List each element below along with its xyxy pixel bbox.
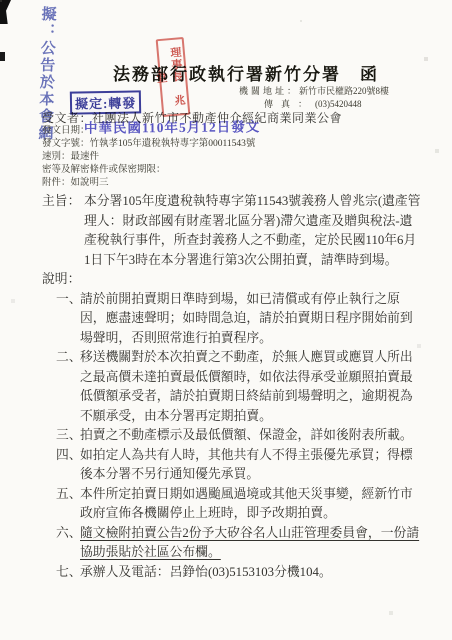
item-text: 隨文檢附拍賣公告2份予大矽谷名人山莊管理委員會，一份請協助張貼於社區公布欄。 bbox=[80, 524, 422, 563]
explanation-label: 說明： bbox=[42, 270, 422, 290]
agency-fax-label: 傳真： bbox=[264, 99, 315, 109]
dispatch-date-label: 發文日期： bbox=[42, 126, 90, 136]
explanation-item-6: 六、 隨文檢附拍賣公告2份予大矽谷名人山莊管理委員會，一份請協助張貼於社區公布欄… bbox=[56, 524, 422, 563]
speed-label: 速別： bbox=[42, 152, 71, 162]
dispatch-date-stamp: 中華民國110年5月12日發文 bbox=[84, 115, 260, 137]
explanation-item-7: 七、 承辦人及電話：呂錚怡(03)5153103分機104。 bbox=[56, 563, 422, 583]
subject-label: 主旨： bbox=[42, 192, 84, 270]
secrecy-label: 密等及解密條件或保密期限： bbox=[42, 165, 166, 175]
scan-artifact-corner bbox=[0, 0, 11, 24]
subject-paragraph: 主旨： 本分署105年度遺稅執特專字第11543號義務人曾兆宗(遺產管理人：財政… bbox=[42, 192, 422, 270]
attachment-label: 附件： bbox=[42, 178, 71, 188]
secrecy-line: 密等及解密條件或保密期限： bbox=[42, 164, 255, 177]
item-number: 三、 bbox=[56, 426, 80, 446]
item-number: 一、 bbox=[56, 290, 80, 349]
explanation-item-5: 五、 本件所定拍賣日期如遇颱風過境或其他天災事變，經新竹市政府宣佈各機關停止上班… bbox=[56, 485, 422, 524]
scan-artifact-dash bbox=[0, 52, 5, 61]
item-text: 承辦人及電話：呂錚怡(03)5153103分機104。 bbox=[80, 563, 422, 583]
doc-number-value: 竹執孝105年遺稅執特專字第00011543號 bbox=[90, 139, 256, 149]
item-number: 二、 bbox=[56, 348, 80, 426]
attachment-value: 如說明三 bbox=[71, 178, 109, 188]
item-text: 移送機關對於本次拍賣之不動產，於無人應買或應買人所出之最高價未達拍賣最低價額時，… bbox=[80, 348, 422, 426]
agency-fax-value: (03)5420448 bbox=[315, 99, 362, 109]
item-text: 拍賣之不動產標示及最低價額、保證金，詳如後附表所載。 bbox=[80, 426, 422, 446]
explanation-item-1: 一、 請於前開拍賣期日準時到場，如已清償或有停止執行之原因，應盡速聲明；如時間急… bbox=[56, 290, 422, 349]
item-text: 請於前開拍賣期日準時到場，如已清償或有停止執行之原因，應盡速聲明；如時間急迫，請… bbox=[80, 290, 422, 349]
chairman-seal-stamp: 理事長兆堂 bbox=[156, 37, 191, 117]
item-number: 七、 bbox=[56, 563, 80, 583]
item-number: 六、 bbox=[56, 524, 80, 563]
explanation-list: 一、 請於前開拍賣期日準時到場，如已清償或有停止執行之原因，應盡速聲明；如時間急… bbox=[56, 290, 422, 583]
agency-address-value: 新竹市民權路220號8樓 bbox=[299, 86, 389, 96]
speed-line: 速別：最速件 bbox=[42, 151, 255, 164]
letter-body: 主旨： 本分署105年度遺稅執特專字第11543號義務人曾兆宗(遺產管理人：財政… bbox=[42, 192, 422, 582]
item-number: 五、 bbox=[56, 485, 80, 524]
speed-value: 最速件 bbox=[71, 152, 100, 162]
agency-address-label: 機關地址： bbox=[239, 86, 299, 96]
item-text: 本件所定拍賣日期如遇颱風過境或其他天災事變，經新竹市政府宣佈各機關停止上班時，即… bbox=[80, 485, 422, 524]
agency-address-line: 機關地址：新竹市民權路220號8樓 bbox=[239, 84, 389, 97]
explanation-item-3: 三、 拍賣之不動產標示及最低價額、保證金，詳如後附表所載。 bbox=[56, 426, 422, 446]
explanation-item-2: 二、 移送機關對於本次拍賣之不動產，於無人應買或應買人所出之最高價未達拍賣最低價… bbox=[56, 348, 422, 426]
chairman-seal-title: 理事長 bbox=[168, 46, 183, 83]
item-number: 四、 bbox=[56, 446, 80, 485]
approval-stamp: 擬定:轉發 bbox=[70, 90, 142, 114]
doc-number-line: 發文字號：竹執孝105年遺稅執特專字第00011543號 bbox=[42, 138, 255, 151]
scan-noise bbox=[0, 0, 2, 2]
doc-number-label: 發文字號： bbox=[42, 139, 90, 149]
attachment-line: 附件：如說明三 bbox=[42, 177, 255, 190]
explanation-item-4: 四、 如拍定人為共有人時，其他共有人不得主張優先承買；得標後本分署不另行通知優先… bbox=[56, 446, 422, 485]
scanned-letter-page: 擬：公告於本會網 理事長兆堂 法務部行政執行署新竹分署 函 機關地址：新竹市民權… bbox=[0, 0, 452, 640]
subject-text: 本分署105年度遺稅執特專字第11543號義務人曾兆宗(遺產管理人：財政部國有財… bbox=[84, 192, 422, 270]
item-text: 如拍定人為共有人時，其他共有人不得主張優先承買；得標後本分署不另行通知優先承買。 bbox=[80, 446, 422, 485]
